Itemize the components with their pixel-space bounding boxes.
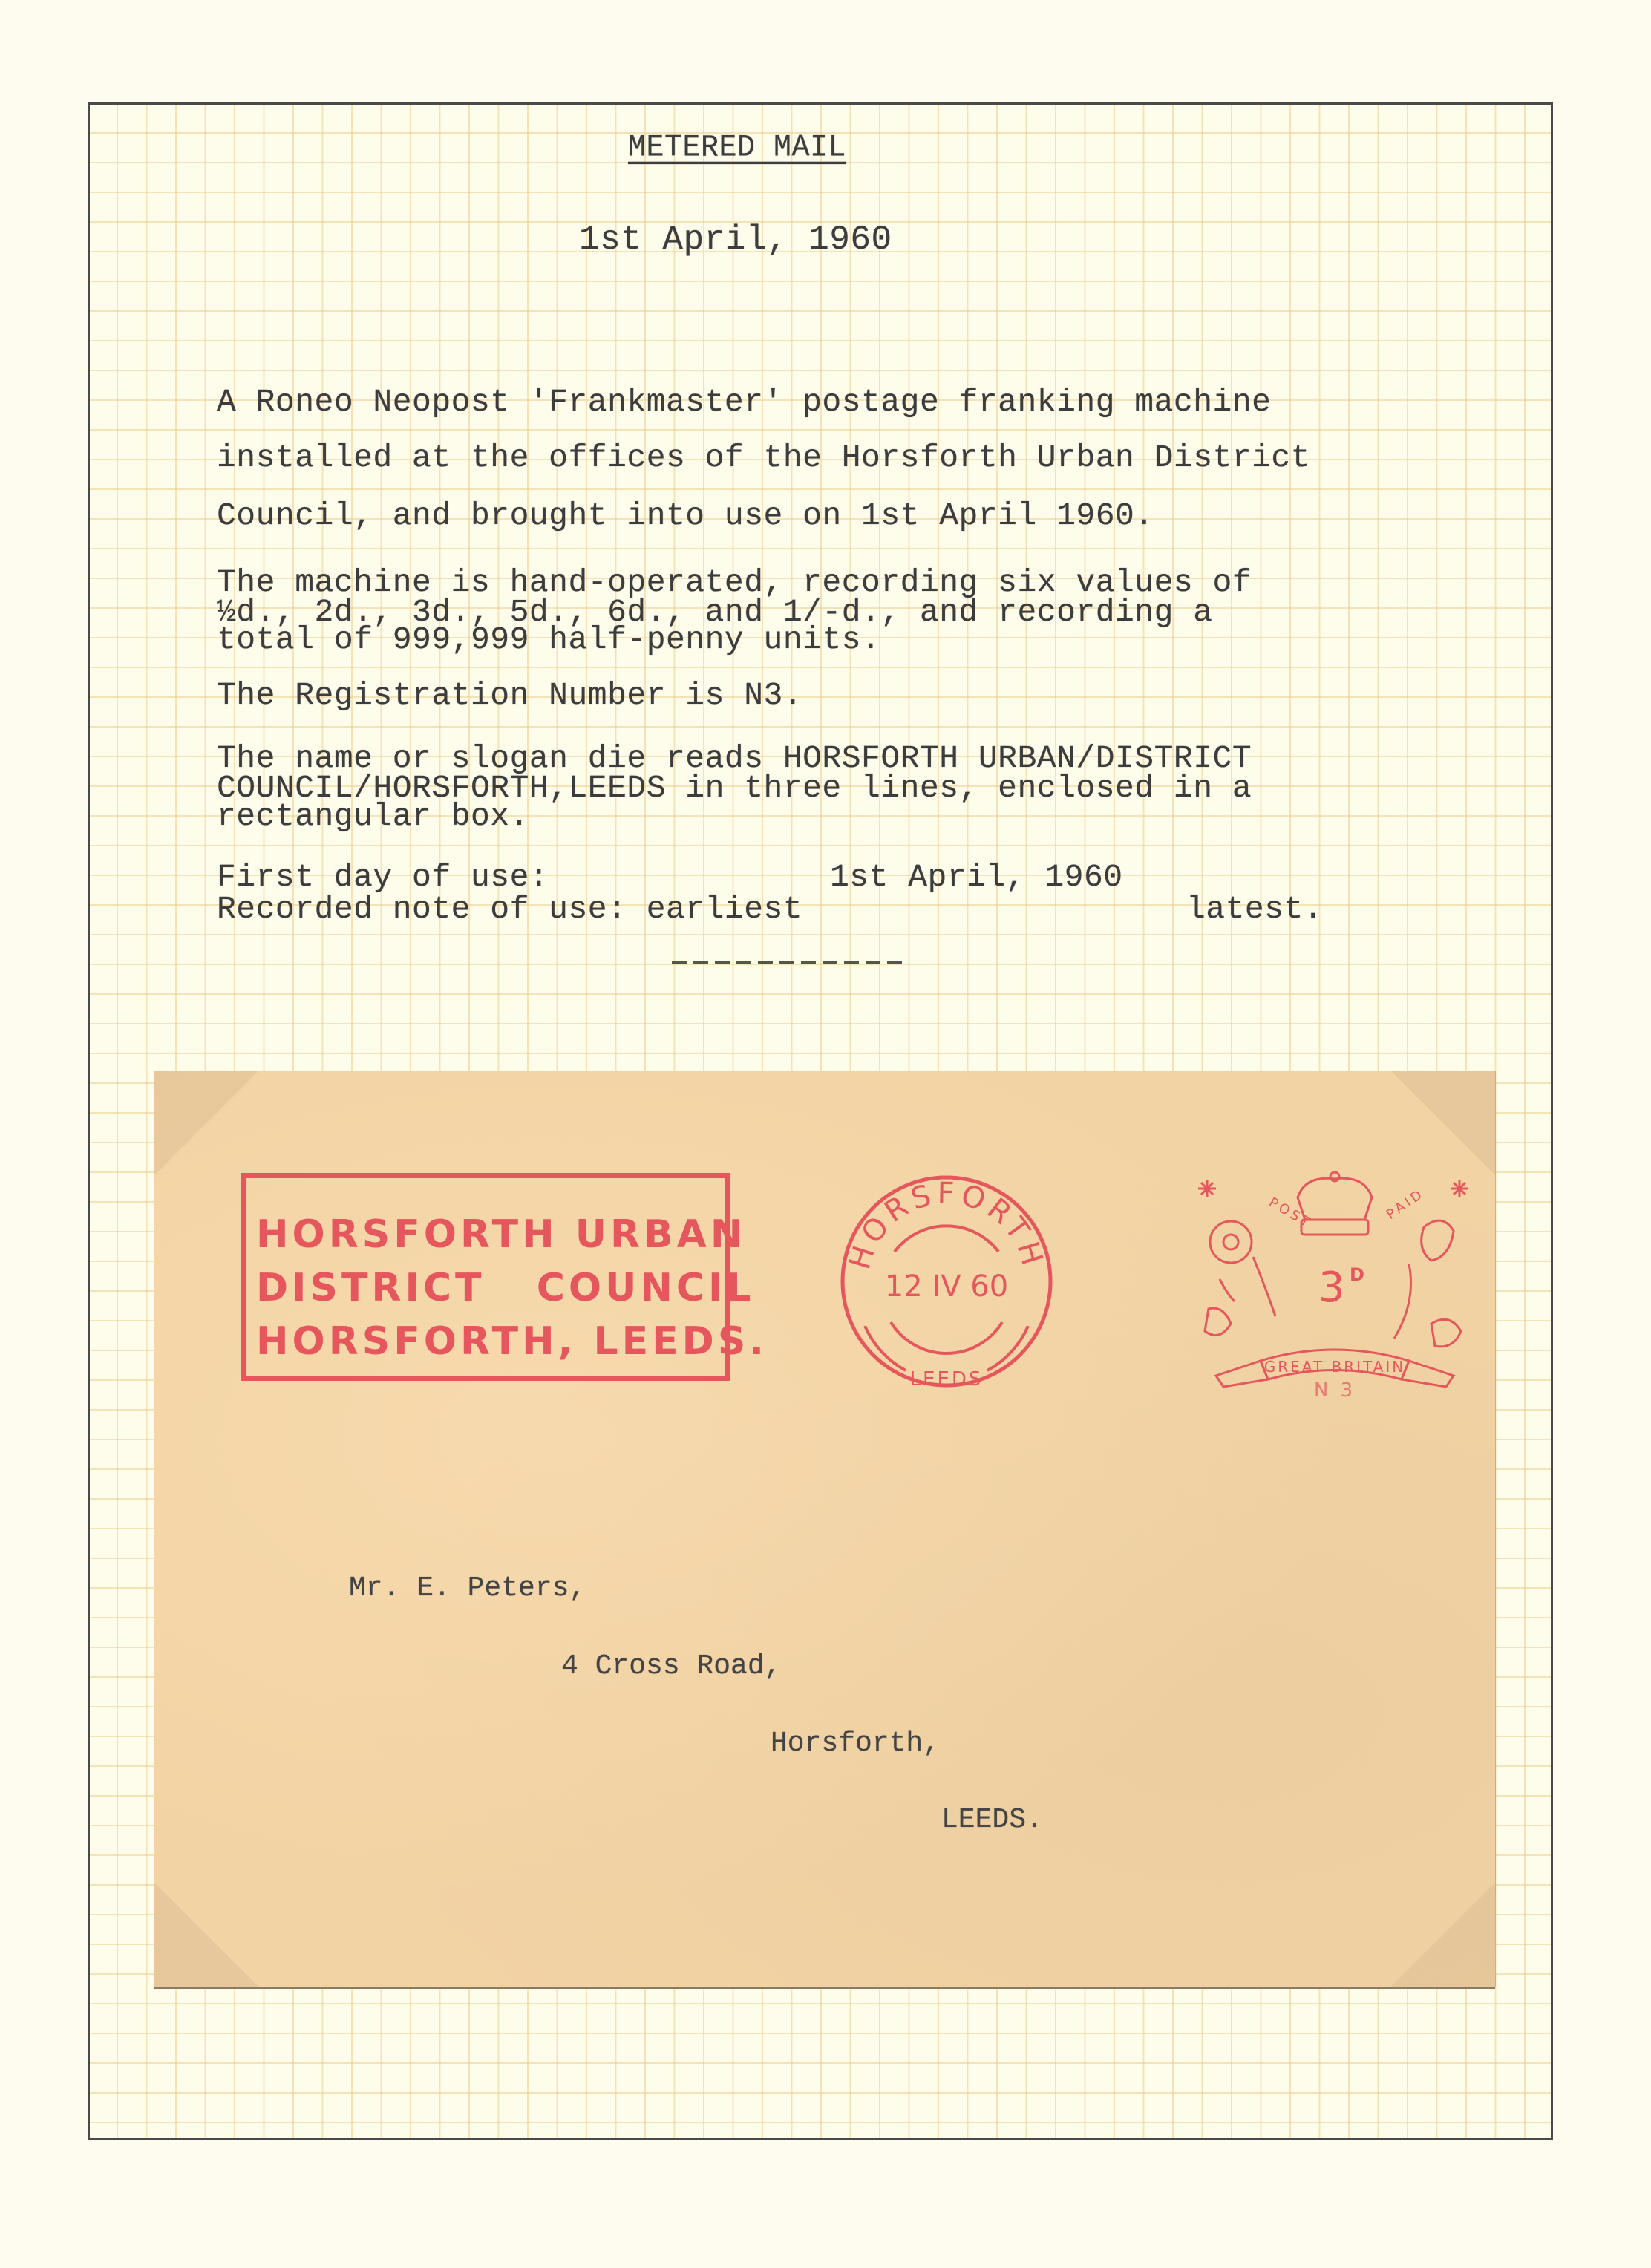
meter-value: 3	[1318, 1264, 1345, 1312]
address-line-town: Horsforth,	[771, 1728, 940, 1759]
envelope-fold	[1391, 1883, 1495, 1987]
meter-paid-label: PAID	[1384, 1186, 1428, 1223]
envelope-fold	[154, 1883, 258, 1987]
first-day-value: 1st April, 1960	[830, 861, 1123, 893]
slogan-die-box: HORSFORTH URBAN DISTRICT COUNCIL HORSFOR…	[241, 1173, 730, 1381]
postmark-town-bottom: LEEDS	[910, 1368, 984, 1390]
envelope-fold	[1391, 1071, 1495, 1175]
separator-dashes	[672, 961, 902, 964]
first-day-label: First day of use:	[217, 861, 549, 893]
postmark-date: 12 IV 60	[885, 1269, 1008, 1304]
meter-reg-number: N 3	[1314, 1379, 1356, 1398]
meter-frank-icon: POST PAID 3 D GREAT BRITAIN N 3	[1186, 1160, 1483, 1398]
meter-banner: GREAT BRITAIN	[1264, 1358, 1405, 1376]
slogan-line-1: HORSFORTH URBAN	[256, 1215, 746, 1254]
slogan-line-3: HORSFORTH, LEEDS.	[256, 1322, 768, 1361]
page-date: 1st April, 1960	[579, 223, 892, 257]
address-line-name: Mr. E. Peters,	[349, 1572, 586, 1604]
address-line-street: 4 Cross Road,	[561, 1650, 781, 1682]
meter-post-label: POST	[1266, 1195, 1315, 1232]
recorded-use-latest: latest.	[1186, 893, 1323, 925]
envelope-fold	[154, 1071, 258, 1175]
machine-line-3: total of 999,999 half-penny units.	[217, 624, 880, 656]
page-title: METERED MAIL	[628, 133, 846, 164]
address-line-city: LEEDS.	[941, 1804, 1043, 1836]
meter-value-unit: D	[1350, 1264, 1364, 1285]
registration-line: The Registration Number is N3.	[217, 679, 802, 711]
intro-line-3: Council, and brought into use on 1st Apr…	[217, 500, 1154, 532]
die-line-3: rectangular box.	[217, 800, 529, 832]
postmark-circle-icon: HORSFORTH 12 IV 60 LEEDS	[835, 1170, 1058, 1393]
intro-line-1: A Roneo Neopost 'Frankmaster' postage fr…	[217, 386, 1271, 418]
recorded-use-label: Recorded note of use: earliest	[217, 893, 802, 925]
intro-line-2: installed at the offices of the Horsfort…	[217, 442, 1310, 474]
slogan-line-2: DISTRICT COUNCIL	[256, 1269, 755, 1307]
envelope-cover: HORSFORTH URBAN DISTRICT COUNCIL HORSFOR…	[154, 1071, 1495, 1987]
